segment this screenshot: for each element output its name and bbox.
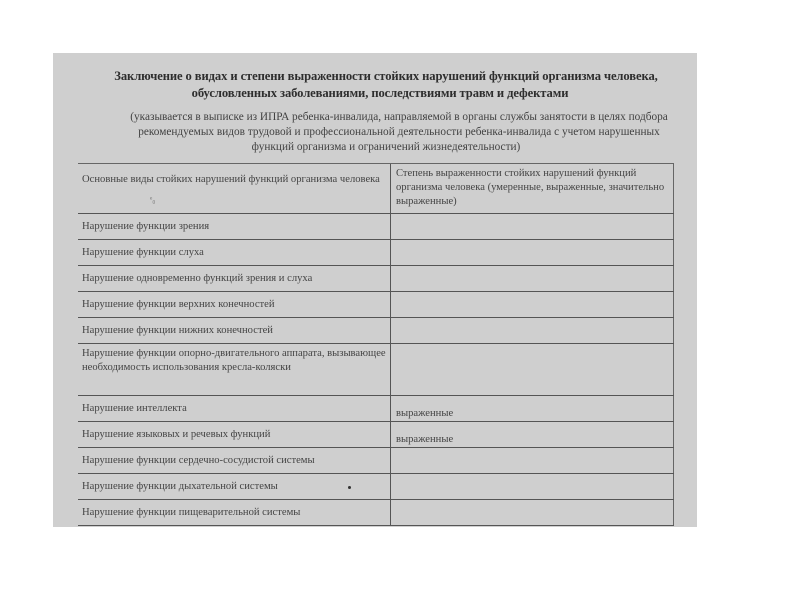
scanned-document: Заключение о видах и степени выраженност… [53,53,697,527]
severity-cell [390,266,674,291]
table-row: Нарушение функции опорно-двигательного а… [78,344,674,396]
stray-mark: ᵉ₀ [150,194,155,204]
table-body: Нарушение функции зрения Нарушение функц… [78,214,674,526]
impairment-cell: Нарушение функции пищеварительной систем… [78,500,390,525]
impairment-cell: Нарушение функции нижних конечностей [78,318,390,343]
title-line-1: Заключение о видах и степени выраженност… [53,68,697,85]
table-row: Нарушение функции зрения [78,214,674,240]
table-row: Нарушение функции сердечно-сосудистой си… [78,448,674,474]
subtitle-line-3: функций организма и ограничений жизнедея… [53,140,697,155]
impairment-table: Основные виды стойких нарушений функций … [78,163,674,526]
document-subtitle: (указывается в выписке из ИПРА ребенка-и… [53,110,697,155]
stray-dot [348,486,351,489]
impairment-cell: Нарушение функции зрения [78,214,390,239]
header-severity: Степень выраженности стойких нарушений ф… [390,164,674,213]
impairment-cell: Нарушение функции сердечно-сосудистой си… [78,448,390,473]
subtitle-line-2: рекомендуемых видов трудовой и профессио… [53,125,697,140]
severity-cell [390,318,674,343]
table-row: Нарушение функции дыхательной системы [78,474,674,500]
header-impairment-types: Основные виды стойких нарушений функций … [78,164,390,213]
severity-cell [390,474,674,499]
table-row: Нарушение функции пищеварительной систем… [78,500,674,526]
severity-cell [390,344,674,395]
table-row: Нарушение одновременно функций зрения и … [78,266,674,292]
impairment-cell: Нарушение функции верхних конечностей [78,292,390,317]
impairment-cell: Нарушение функции слуха [78,240,390,265]
table-row: Нарушение функции верхних конечностей [78,292,674,318]
impairment-cell: Нарушение функции опорно-двигательного а… [78,344,390,395]
table-row: Нарушение интеллекта выраженные [78,396,674,422]
severity-cell [390,214,674,239]
severity-cell: выраженные [390,422,674,447]
table-row: Нарушение функции слуха [78,240,674,266]
severity-cell [390,292,674,317]
table-row: Нарушение языковых и речевых функций выр… [78,422,674,448]
subtitle-line-1: (указывается в выписке из ИПРА ребенка-и… [53,110,697,125]
impairment-cell: Нарушение функции дыхательной системы [78,474,390,499]
severity-cell [390,500,674,525]
severity-cell [390,240,674,265]
severity-cell: выраженные [390,396,674,421]
impairment-cell: Нарушение языковых и речевых функций [78,422,390,447]
table-row: Нарушение функции нижних конечностей [78,318,674,344]
table-header-row: Основные виды стойких нарушений функций … [78,163,674,214]
title-line-2: обусловленных заболеваниями, последствия… [53,85,697,102]
impairment-cell: Нарушение одновременно функций зрения и … [78,266,390,291]
severity-cell [390,448,674,473]
document-title: Заключение о видах и степени выраженност… [53,68,697,102]
impairment-cell: Нарушение интеллекта [78,396,390,421]
